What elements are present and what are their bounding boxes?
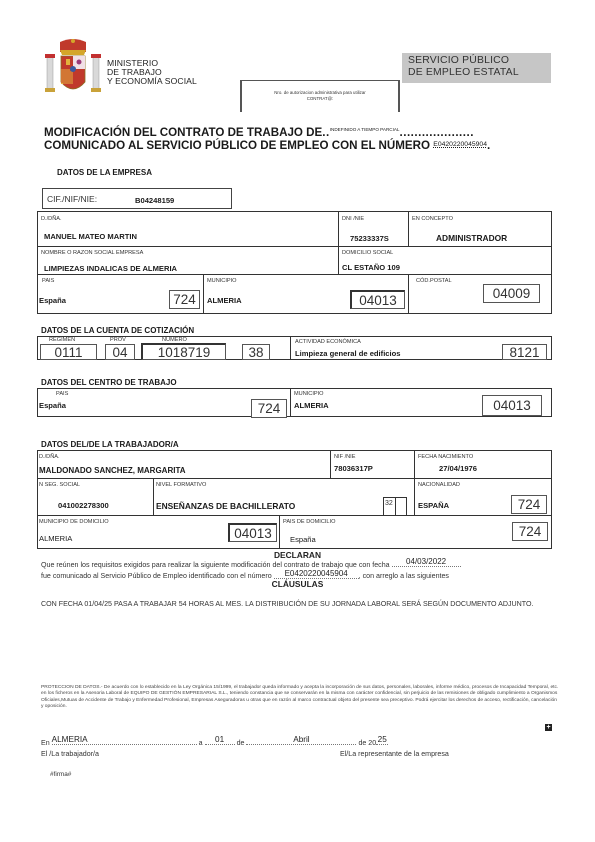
country-label: PAIS bbox=[42, 278, 54, 284]
dni-label: DNI /NIE bbox=[342, 216, 364, 222]
plus-icon[interactable]: + bbox=[545, 724, 552, 731]
address-value: CL ESTAÑO 109 bbox=[342, 263, 400, 272]
nationality-code-field[interactable]: 724 bbox=[511, 495, 547, 514]
ministry-line: Y ECONOMÍA SOCIAL bbox=[107, 77, 197, 86]
education-label: NIVEL FORMATIVO bbox=[156, 482, 206, 488]
empresa-table: D./DÑA. MANUEL MATEO MARTIN DNI /NIE 752… bbox=[37, 211, 552, 314]
worker-nif-value: 78036317P bbox=[334, 464, 373, 473]
centro-municipality-code-field[interactable]: 04013 bbox=[482, 395, 542, 416]
education-code-box[interactable]: 32 bbox=[383, 497, 407, 515]
activity-value: Limpieza general de edificios bbox=[295, 349, 401, 358]
en-label: En bbox=[41, 739, 50, 747]
country-code-field[interactable]: 724 bbox=[169, 290, 200, 309]
section-title-trabajador: DATOS DEL/DE LA TRABAJADOR/A bbox=[41, 440, 179, 449]
cif-value: B04248159 bbox=[135, 196, 174, 205]
document-title-line1: MODIFICACIÓN DEL CONTRATO DE TRABAJO DE.… bbox=[44, 126, 474, 139]
centro-country-code-field[interactable]: 724 bbox=[251, 399, 287, 418]
education-code: 32 bbox=[385, 500, 393, 507]
de-label: de bbox=[237, 739, 245, 747]
company-name-value: LIMPIEZAS INDALICAS DE ALMERIA bbox=[44, 264, 177, 273]
postal-code-field[interactable]: 04009 bbox=[483, 284, 540, 303]
authorization-label: CONTRAT@: bbox=[242, 96, 398, 102]
title-text: COMUNICADO AL SERVICIO PÚBLICO DE EMPLEO… bbox=[44, 139, 430, 152]
clause-text: CON FECHA 01/04/25 PASA A TRABAJAR 54 HO… bbox=[41, 600, 561, 609]
spain-coat-of-arms-icon bbox=[44, 38, 102, 100]
municipality-value: ALMERIA bbox=[207, 296, 242, 305]
home-country-label: PAIS DE DOMICILIO bbox=[283, 519, 335, 525]
concept-label: EN CONCEPTO bbox=[412, 216, 453, 222]
prov-label: PROV bbox=[110, 337, 126, 343]
regimen-field[interactable]: 0111 bbox=[40, 344, 97, 360]
centro-country-value: España bbox=[39, 401, 66, 410]
signature-month: Abril bbox=[246, 735, 356, 745]
home-country-code-field[interactable]: 724 bbox=[512, 522, 548, 541]
dni-value: 75233337S bbox=[350, 234, 389, 243]
home-municipality-label: MUNICIPIO DE DOMICILIO bbox=[39, 519, 109, 525]
activity-code-field[interactable]: 8121 bbox=[502, 344, 547, 360]
activity-label: ACTIVIDAD ECONÓMICA bbox=[295, 339, 361, 345]
worker-signature-label: El /La trabajador/a bbox=[41, 750, 99, 758]
declaran-text: Que reúnen los requisitos exigidos para … bbox=[41, 561, 390, 569]
municipality-label: MUNICIPIO bbox=[207, 278, 237, 284]
title-text: MODIFICACIÓN DEL CONTRATO DE TRABAJO DE bbox=[44, 126, 322, 139]
sepe-line: SERVICIO PÚBLICO bbox=[408, 55, 551, 67]
home-country-value: España bbox=[290, 535, 316, 544]
sepe-line: DE EMPLEO ESTATAL bbox=[408, 67, 551, 79]
nationality-label: NACIONALIDAD bbox=[418, 482, 460, 488]
representative-label: D./DÑA. bbox=[41, 216, 62, 222]
section-title-centro: DATOS DEL CENTRO DE TRABAJO bbox=[41, 378, 177, 387]
postal-label: CÓD.POSTAL bbox=[416, 278, 452, 284]
contract-date-value: 04/03/2022 bbox=[392, 557, 461, 567]
cotizacion-table: RÉGIMEN 0111 PROV 04 NUMERO 1018719 38 A… bbox=[37, 336, 552, 360]
home-municipality-value: ALMERIA bbox=[39, 534, 72, 543]
centro-country-label: PAIS bbox=[56, 391, 68, 397]
birth-date-label: FECHA NACIMIENTO bbox=[418, 454, 473, 460]
prov-field[interactable]: 04 bbox=[105, 344, 135, 360]
municipality-code-field[interactable]: 04013 bbox=[350, 290, 405, 309]
signature-year: 25 bbox=[376, 735, 388, 745]
centro-table: PAIS España 724 MUNICIPIO ALMERIA 04013 bbox=[37, 388, 552, 417]
signature-day: 01 bbox=[205, 735, 235, 745]
section-title-empresa: DATOS DE LA EMPRESA bbox=[57, 168, 152, 177]
centro-municipality-label: MUNICIPIO bbox=[294, 391, 324, 397]
declaran-heading: DECLARAN bbox=[0, 550, 595, 560]
worker-nif-label: NIF /NIE bbox=[334, 454, 355, 460]
country-value: España bbox=[39, 296, 66, 305]
authorization-number-box: Nro. de autorizacion administrativa para… bbox=[240, 80, 400, 112]
signature-place-date-line: En ALMERIA a 01 de Abril de 2025 bbox=[41, 738, 388, 748]
year-prefix: de 20 bbox=[358, 739, 376, 747]
representative-value: MANUEL MATEO MARTIN bbox=[44, 232, 137, 241]
section-title-cotizacion: DATOS DE LA CUENTA DE COTIZACIÓN bbox=[41, 326, 194, 335]
ss-number-label: N SEG. SOCIAL bbox=[39, 482, 80, 488]
declaran-line1: Que reúnen los requisitos exigidos para … bbox=[41, 560, 461, 570]
worker-name-value: MALDONADO SANCHEZ, MARGARITA bbox=[39, 466, 186, 475]
cif-label: CIF./NIF/NIE: bbox=[47, 194, 97, 204]
birth-date-value: 27/04/1976 bbox=[439, 464, 477, 473]
centro-municipality-value: ALMERIA bbox=[294, 401, 329, 410]
regimen-label: RÉGIMEN bbox=[49, 337, 75, 343]
education-value: ENSEÑANZAS DE BACHILLERATO bbox=[156, 501, 295, 511]
signature-placeholder: #firma# bbox=[50, 771, 71, 778]
home-municipality-code-field[interactable]: 04013 bbox=[228, 523, 277, 542]
numero-field[interactable]: 1018719 bbox=[141, 343, 226, 360]
document-title-line2: COMUNICADO AL SERVICIO PÚBLICO DE EMPLEO… bbox=[44, 139, 490, 152]
company-name-label: NOMBRE O RAZON SOCIAL EMPRESA bbox=[41, 250, 143, 256]
address-label: DOMICILIO SOCIAL bbox=[342, 250, 393, 256]
sepe-logo: SERVICIO PÚBLICO DE EMPLEO ESTATAL bbox=[402, 53, 551, 83]
trabajador-table: D./DÑA. MALDONADO SANCHEZ, MARGARITA NIF… bbox=[37, 450, 552, 549]
signature-place: ALMERIA bbox=[52, 735, 197, 745]
data-protection-text: PROTECCION DE DATOS.- De acuerdo con lo … bbox=[41, 685, 559, 710]
communication-number: E0420220045904 bbox=[433, 141, 487, 148]
nationality-value: ESPAÑA bbox=[418, 501, 449, 510]
a-label: a bbox=[199, 739, 203, 747]
declaran-number-value: E0420220045904 bbox=[274, 569, 359, 579]
contract-type: INDEFINIDO A TIEMPO PARCIAL bbox=[330, 127, 400, 132]
concept-value: ADMINISTRADOR bbox=[436, 233, 507, 243]
dc-field[interactable]: 38 bbox=[242, 344, 270, 360]
clausulas-heading: CLÁUSULAS bbox=[0, 579, 595, 589]
worker-name-label: D./DÑA. bbox=[39, 454, 60, 460]
cif-field: CIF./NIF/NIE: B04248159 bbox=[42, 188, 232, 209]
company-signature-label: El/La representante de la empresa bbox=[340, 750, 449, 758]
ss-number-value: 041002278300 bbox=[58, 501, 109, 510]
ministry-name: MINISTERIO DE TRABAJO Y ECONOMÍA SOCIAL bbox=[107, 59, 197, 86]
